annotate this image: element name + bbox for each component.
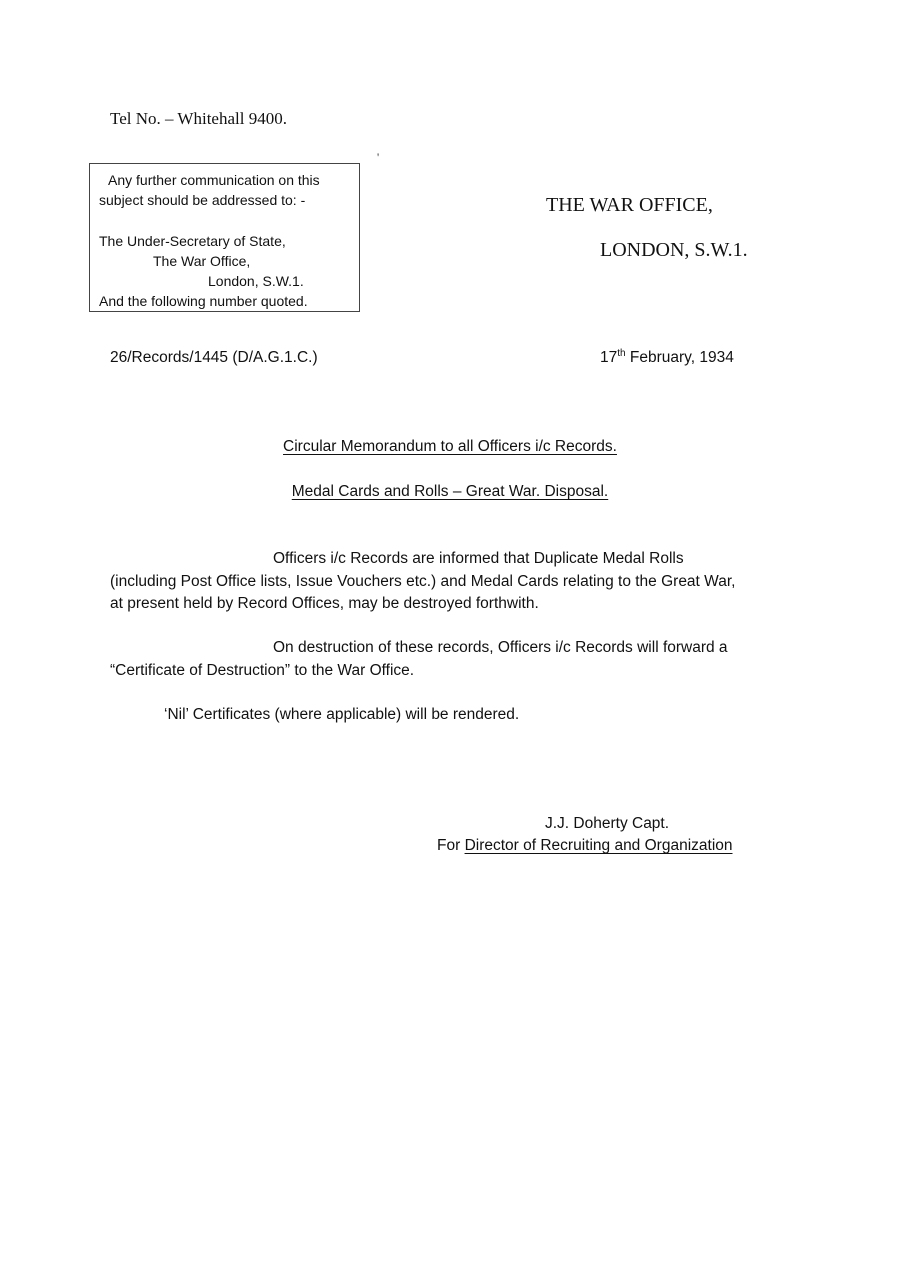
- address-box-line: The War Office,: [153, 251, 250, 271]
- reference-number: 26/Records/1445 (D/A.G.1.C.): [110, 349, 318, 367]
- signature-name: J.J. Doherty Capt.: [545, 815, 669, 833]
- address-box-line: London, S.W.1.: [208, 271, 304, 291]
- paragraph-line: “Certificate of Destruction” to the War …: [110, 660, 810, 683]
- signature-role: For Director of Recruiting and Organizat…: [437, 837, 733, 855]
- office-name: THE WAR OFFICE,: [546, 194, 713, 217]
- body-paragraph-1: Officers i/c Records are informed that D…: [110, 548, 810, 616]
- signature-prefix: For: [437, 837, 465, 854]
- address-box-line: The Under-Secretary of State,: [99, 231, 286, 251]
- memo-subject: Medal Cards and Rolls – Great War. Dispo…: [0, 483, 900, 501]
- paragraph-line: at present held by Record Offices, may b…: [110, 593, 810, 616]
- address-box-line: And the following number quoted.: [99, 291, 308, 311]
- office-city: LONDON, S.W.1.: [600, 239, 748, 262]
- stray-mark: ': [377, 150, 379, 165]
- letter-date: 17th February, 1934: [600, 349, 734, 367]
- signature-department: Director of Recruiting and Organization: [465, 837, 733, 854]
- body-paragraph-2: On destruction of these records, Officer…: [110, 637, 810, 682]
- address-box-line: subject should be addressed to: -: [99, 190, 305, 210]
- memo-title-text: Circular Memorandum to all Officers i/c …: [283, 438, 617, 455]
- date-day: 17: [600, 349, 617, 366]
- date-rest: February, 1934: [626, 349, 734, 366]
- paragraph-line: ‘Nil’ Certificates (where applicable) wi…: [164, 704, 864, 727]
- date-suffix: th: [617, 348, 625, 359]
- paragraph-line: (including Post Office lists, Issue Vouc…: [110, 571, 810, 594]
- memo-title: Circular Memorandum to all Officers i/c …: [0, 438, 900, 456]
- memo-subject-text: Medal Cards and Rolls – Great War. Dispo…: [292, 483, 608, 500]
- paragraph-line: Officers i/c Records are informed that D…: [110, 548, 810, 571]
- address-box-line: Any further communication on this: [108, 170, 320, 190]
- telephone-line: Tel No. – Whitehall 9400.: [110, 109, 287, 129]
- paragraph-line: On destruction of these records, Officer…: [110, 637, 810, 660]
- address-box: Any further communication on this subjec…: [89, 163, 360, 312]
- body-paragraph-3: ‘Nil’ Certificates (where applicable) wi…: [164, 704, 864, 727]
